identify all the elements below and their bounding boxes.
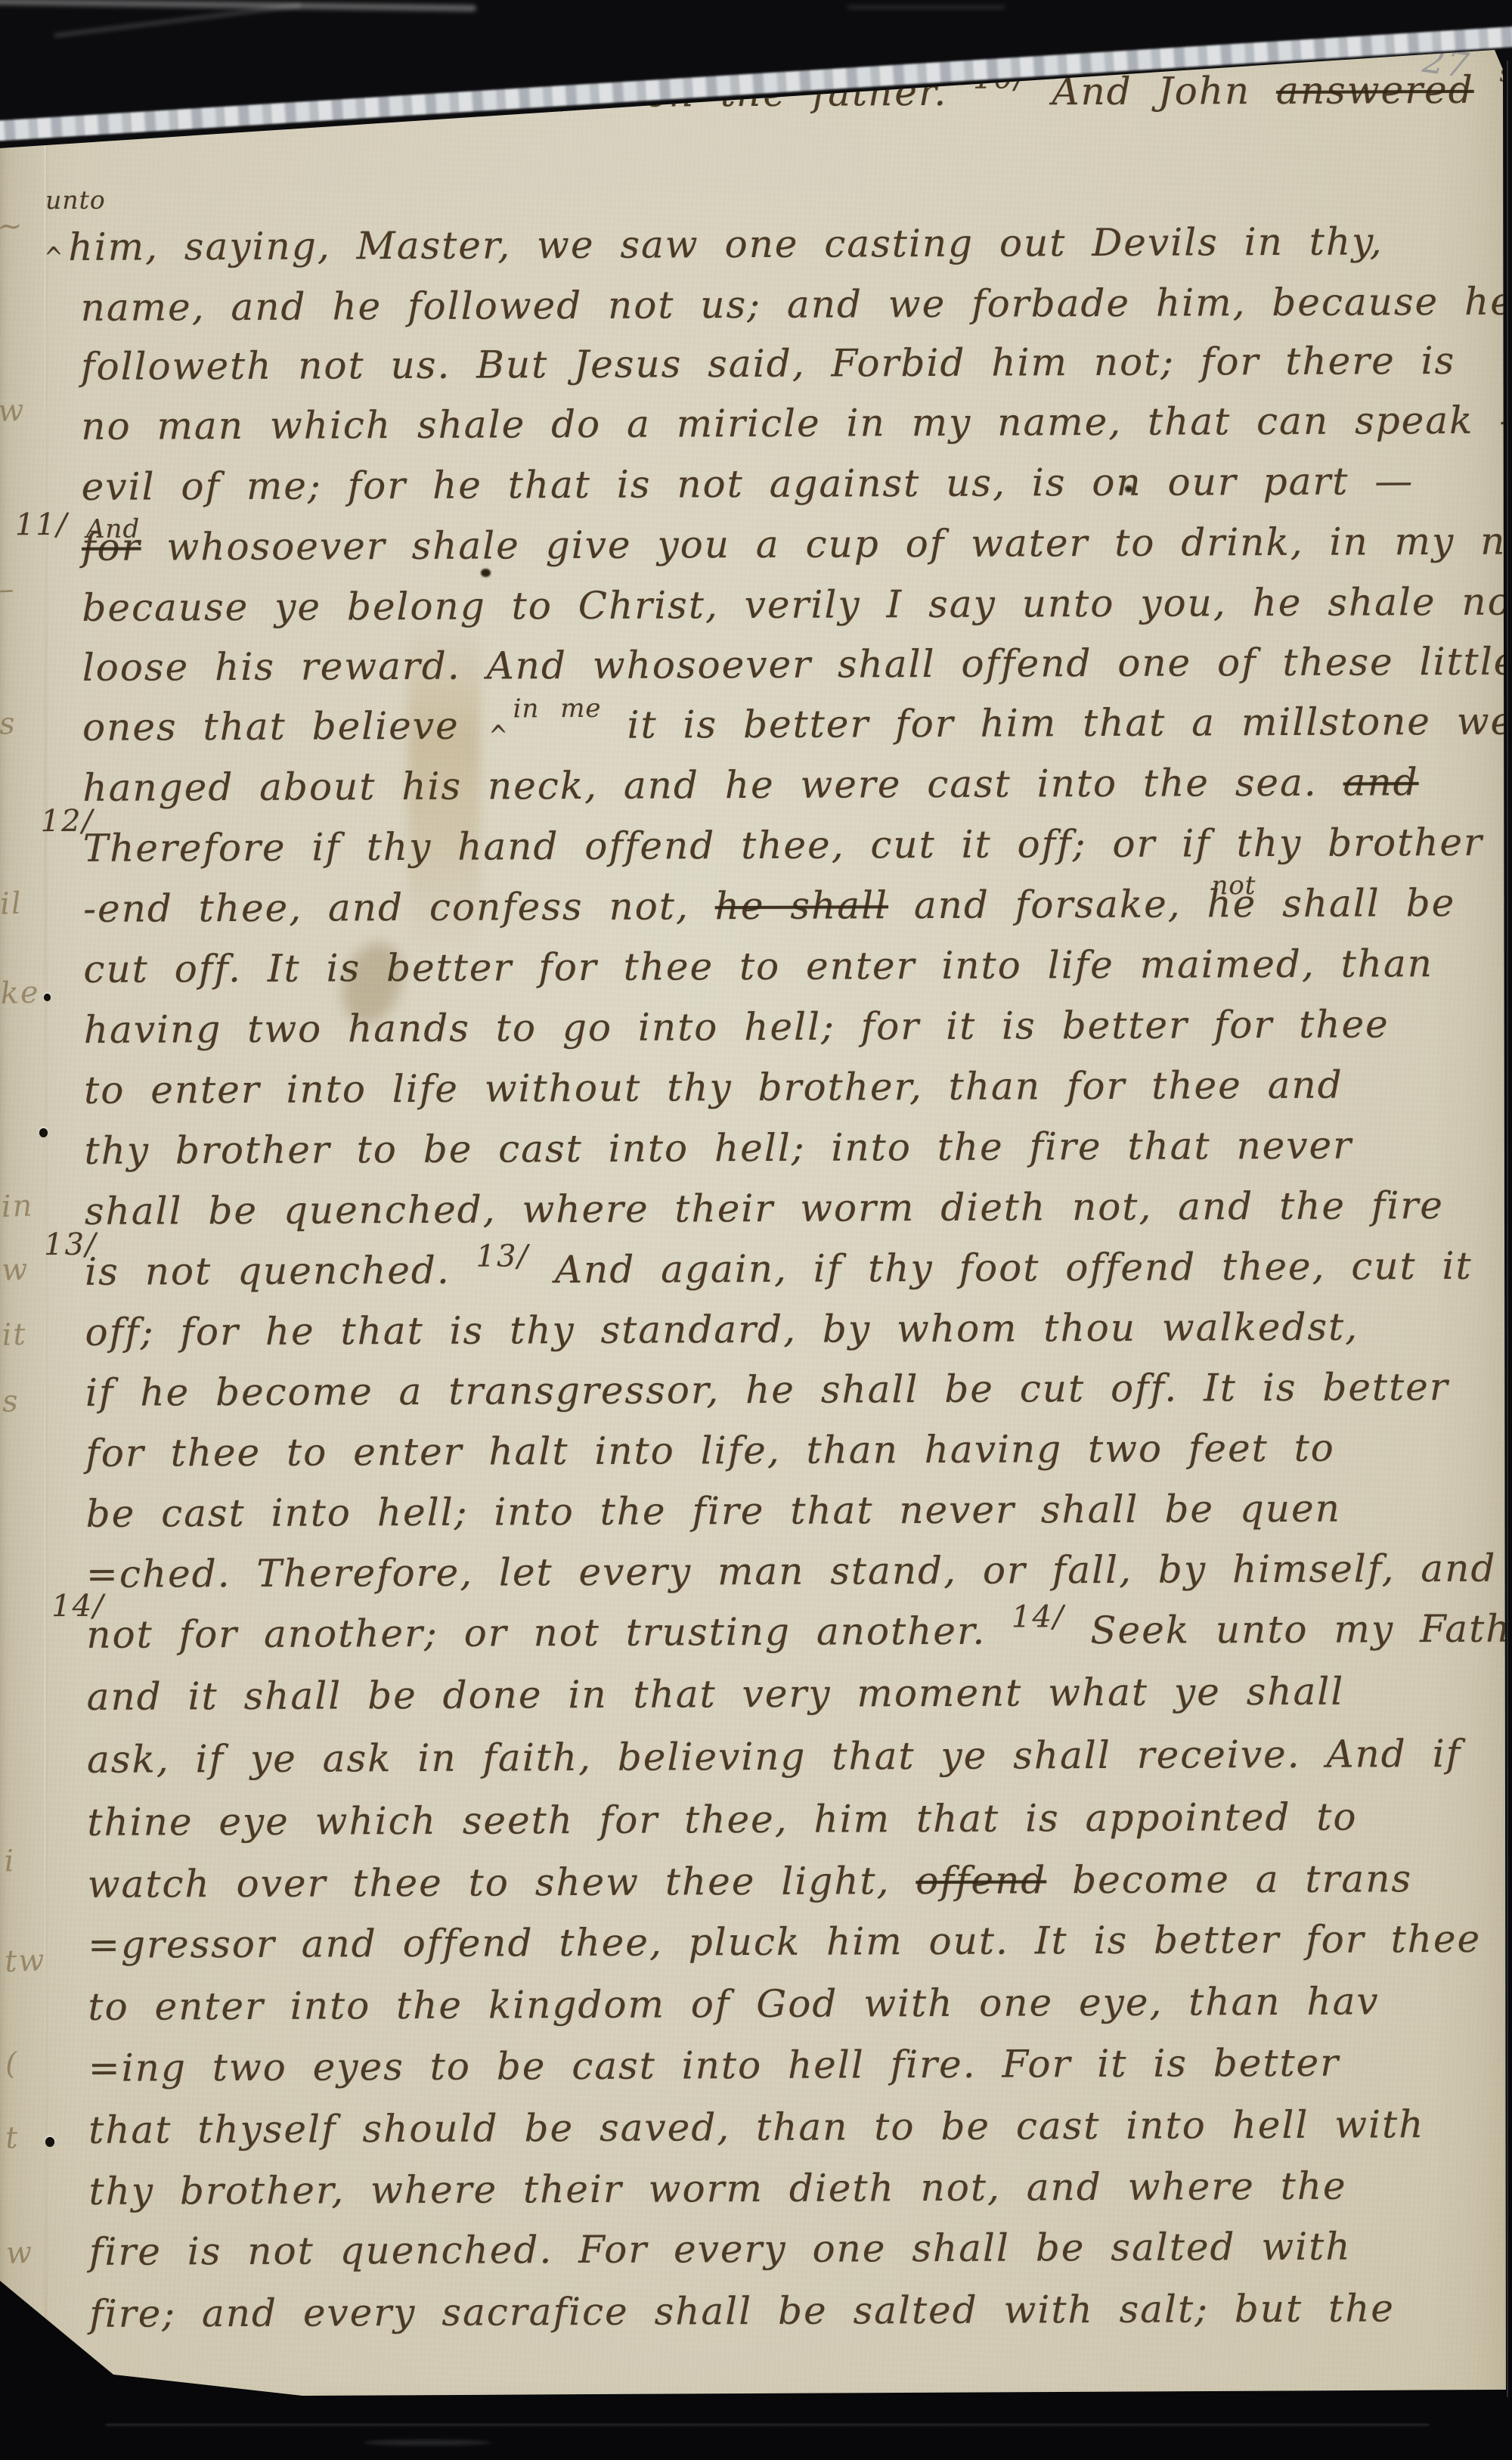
manuscript-line: off; for he that is thy standard, by who…: [85, 1306, 1359, 1354]
manuscript-line: 12/Therefore if thy hand offend thee, cu…: [83, 821, 1512, 870]
manuscript-line: =ing two eyes to be cast into hell fire.…: [88, 2042, 1340, 2089]
verse-number-inline: 13/: [476, 1235, 529, 1277]
manuscript-text: unto: [45, 185, 106, 215]
struck-text: offend: [916, 1858, 1046, 1903]
manuscript-text: followeth not us. But Jesus said, Forbid…: [81, 339, 1456, 389]
manuscript-line: thy brother to be cast into hell; into t…: [84, 1125, 1352, 1172]
facing-page-ghost-text: ke: [0, 975, 40, 1011]
manuscript-text: is not quenched.: [85, 1249, 476, 1294]
manuscript-line: ^him, saying, Master, we saw one casting…: [80, 220, 1383, 275]
manuscript-text: not for another; or not trusting another…: [86, 1609, 1012, 1657]
manuscript-line: fire is not quenched. For every one shal…: [89, 2226, 1352, 2273]
manuscript-text: be cast into hell; into the fire that ne…: [86, 1487, 1341, 1536]
facing-page-ghost-text: tw: [4, 1943, 46, 1979]
manuscript-text: watch over thee to shew thee light,: [88, 1859, 916, 1906]
manuscript-text: off; for he that is thy standard, by who…: [85, 1305, 1359, 1354]
manuscript-text: it is better for him that a millstone we…: [601, 699, 1512, 747]
manuscript-line: that thyself should be saved, than to be…: [88, 2103, 1424, 2151]
scan-stage: 27 10/but him that sent me, even the fat…: [0, 0, 1512, 2460]
manuscript-line: if he become a transgressor, he shall be…: [85, 1366, 1449, 1414]
manuscript-line: =gressor and offend thee, pluck him out.…: [88, 1918, 1481, 1966]
manuscript-line: hanged about his neck, and he were cast …: [82, 761, 1418, 809]
verse-number-margin: 13/: [44, 1224, 98, 1266]
manuscript-line: watch over thee to shew thee light, offe…: [88, 1857, 1413, 1906]
manuscript-text: having two hands to go into hell; for it…: [84, 1002, 1390, 1052]
manuscript-text: ask, if ye ask in faith, believing that …: [87, 1732, 1461, 1782]
manuscript-text: for thee to enter halt into life, than h…: [85, 1426, 1335, 1475]
struck-text: answered: [1276, 68, 1474, 113]
facing-page-ghost-text: (: [5, 2046, 19, 2082]
manuscript-line: to enter into life without thy brother, …: [84, 1064, 1343, 1112]
manuscript-text: because ye belong to Christ, verily I sa…: [82, 580, 1512, 630]
handwritten-text-layer: 10/but him that sent me, even the father…: [0, 0, 1512, 2460]
facing-page-ghost-text: w: [0, 393, 26, 429]
manuscript-line: loose his reward. And whosoever shall of…: [82, 640, 1512, 689]
manuscript-line: cut off. It is better for thee to enter …: [83, 942, 1433, 991]
manuscript-text: thy brother, where their worm dieth not,…: [88, 2164, 1346, 2213]
facing-page-ghost-text: –: [0, 572, 16, 607]
manuscript-text: And again, if thy foot offend thee, cut …: [529, 1244, 1473, 1292]
sleeve-right-edge: [1507, 60, 1508, 2397]
manuscript-text: Seek unto my Father,: [1064, 1606, 1512, 1652]
manuscript-line: because ye belong to Christ, verily I sa…: [82, 581, 1512, 629]
manuscript-text: =gressor and offend thee, pluck him out.…: [88, 1917, 1481, 1967]
manuscript-text: ones that believe: [82, 704, 485, 749]
manuscript-line: ask, if ye ask in faith, believing that …: [87, 1733, 1461, 1781]
manuscript-text: hanged about his neck, and he were cast …: [82, 761, 1343, 810]
facing-page-ghost-text: w: [1, 1252, 29, 1288]
manuscript-text: evil of me; for he that is not against u…: [82, 459, 1414, 509]
verse-number-margin: 12/: [41, 800, 94, 842]
caret-mark: ^: [488, 710, 509, 763]
manuscript-text: -end thee, and confess not,: [83, 884, 715, 931]
manuscript-text: =ing two eyes to be cast into hell fire.…: [88, 2041, 1340, 2090]
manuscript-line: name, and he followed not us; and we for…: [81, 281, 1512, 329]
verse-number-inline: 14/: [1012, 1596, 1065, 1638]
manuscript-text: him, saying, Master, we saw one casting …: [68, 219, 1383, 269]
manuscript-text: fire; and every sacrafice shall be salte…: [89, 2286, 1395, 2336]
sleeve-bottom-edge: [106, 2424, 1429, 2426]
manuscript-line: fire; and every sacrafice shall be salte…: [89, 2287, 1395, 2335]
manuscript-text: name, and he followed not us; and we for…: [81, 280, 1512, 330]
manuscript-line: 13/is not quenched. 13/ And again, if th…: [85, 1245, 1473, 1296]
struck-text: he shall: [715, 883, 889, 928]
manuscript-text: =ched. Therefore, let every man stand, o…: [86, 1546, 1497, 1596]
manuscript-line: thine eye which seeth for thee, him that…: [87, 1796, 1357, 1844]
manuscript-line: be cast into hell; into the fire that ne…: [86, 1487, 1341, 1535]
manuscript-text: become a trans: [1046, 1857, 1412, 1902]
manuscript-text: whosoever shale give you a cup of water …: [141, 519, 1512, 569]
manuscript-line: for thee to enter halt into life, than h…: [85, 1427, 1335, 1475]
facing-page-ghost-text: i: [4, 1844, 17, 1879]
manuscript-line: -end thee, and confess not, he shall and…: [83, 882, 1455, 935]
manuscript-line: and it shall be done in that very moment…: [87, 1671, 1345, 1718]
facing-page-ghost-text: t: [5, 2120, 20, 2156]
manuscript-page: 27 10/but him that sent me, even the fat…: [0, 0, 1512, 2460]
manuscript-text: thine eye which seeth for thee, him that…: [87, 1795, 1357, 1844]
manuscript-text: Therefore if thy hand offend thee, cut i…: [83, 820, 1512, 870]
facing-page-ghost-text: it: [2, 1317, 28, 1353]
manuscript-line: having two hands to go into hell; for it…: [84, 1003, 1390, 1051]
manuscript-text: to enter into the kingdom of God with on…: [88, 1979, 1379, 2028]
facing-page-ghost-text: il: [0, 886, 23, 922]
manuscript-line: unto: [45, 179, 106, 222]
manuscript-text: and forsake,: [888, 882, 1207, 927]
manuscript-line: ones that believe ^in me it is better fo…: [82, 700, 1512, 755]
caret-mark: ^: [44, 232, 64, 285]
manuscript-line: no man which shale do a miricle in my na…: [81, 399, 1512, 448]
manuscript-text: shall be quenched, where their worm diet…: [85, 1183, 1444, 1233]
manuscript-text: cut off. It is better for thee to enter …: [83, 942, 1433, 991]
manuscript-line: to enter into the kingdom of God with on…: [88, 1980, 1379, 2027]
manuscript-line: 14/not for another; or not trusting anot…: [86, 1607, 1512, 1659]
manuscript-text: [1474, 68, 1500, 112]
manuscript-line: 11/Andfor whosoever shale give you a cup…: [82, 520, 1512, 573]
manuscript-text: if he become a transgressor, he shall be…: [85, 1365, 1449, 1415]
sleeve-glare: [847, 5, 1005, 9]
manuscript-line: =ched. Therefore, let every man stand, o…: [86, 1547, 1497, 1596]
facing-page-ghost-text: w: [5, 2235, 34, 2271]
facing-page-ghost-text: in: [1, 1188, 34, 1224]
inserted-text: in me: [513, 687, 601, 731]
facing-page-ghost-text: ~: [0, 209, 25, 244]
verse-number-margin: 11/: [15, 504, 69, 546]
facing-page-ghost-text: s: [0, 706, 17, 742]
manuscript-text: that thyself should be saved, than to be…: [88, 2102, 1424, 2152]
manuscript-text: no man which shale do a miricle in my na…: [81, 399, 1512, 448]
manuscript-text: thy brother to be cast into hell; into t…: [84, 1124, 1352, 1173]
manuscript-text: loose his reward. And whosoever shall of…: [82, 639, 1512, 690]
manuscript-line: followeth not us. But Jesus said, Forbid…: [81, 340, 1455, 388]
manuscript-line: evil of me; for he that is not against u…: [82, 460, 1414, 508]
facing-page-ghost-text: s: [2, 1384, 20, 1419]
manuscript-text: and it shall be done in that very moment…: [87, 1670, 1345, 1719]
manuscript-line: shall be quenched, where their worm diet…: [85, 1184, 1444, 1233]
verse-number-margin: 14/: [51, 1585, 105, 1627]
struck-text: and: [1343, 760, 1418, 804]
sleeve-bottom-highlight: [363, 2440, 491, 2446]
manuscript-line: thy brother, where their worm dieth not,…: [88, 2165, 1346, 2213]
manuscript-text: fire is not quenched. For every one shal…: [89, 2225, 1352, 2274]
manuscript-text: to enter into life without thy brother, …: [84, 1063, 1343, 1112]
